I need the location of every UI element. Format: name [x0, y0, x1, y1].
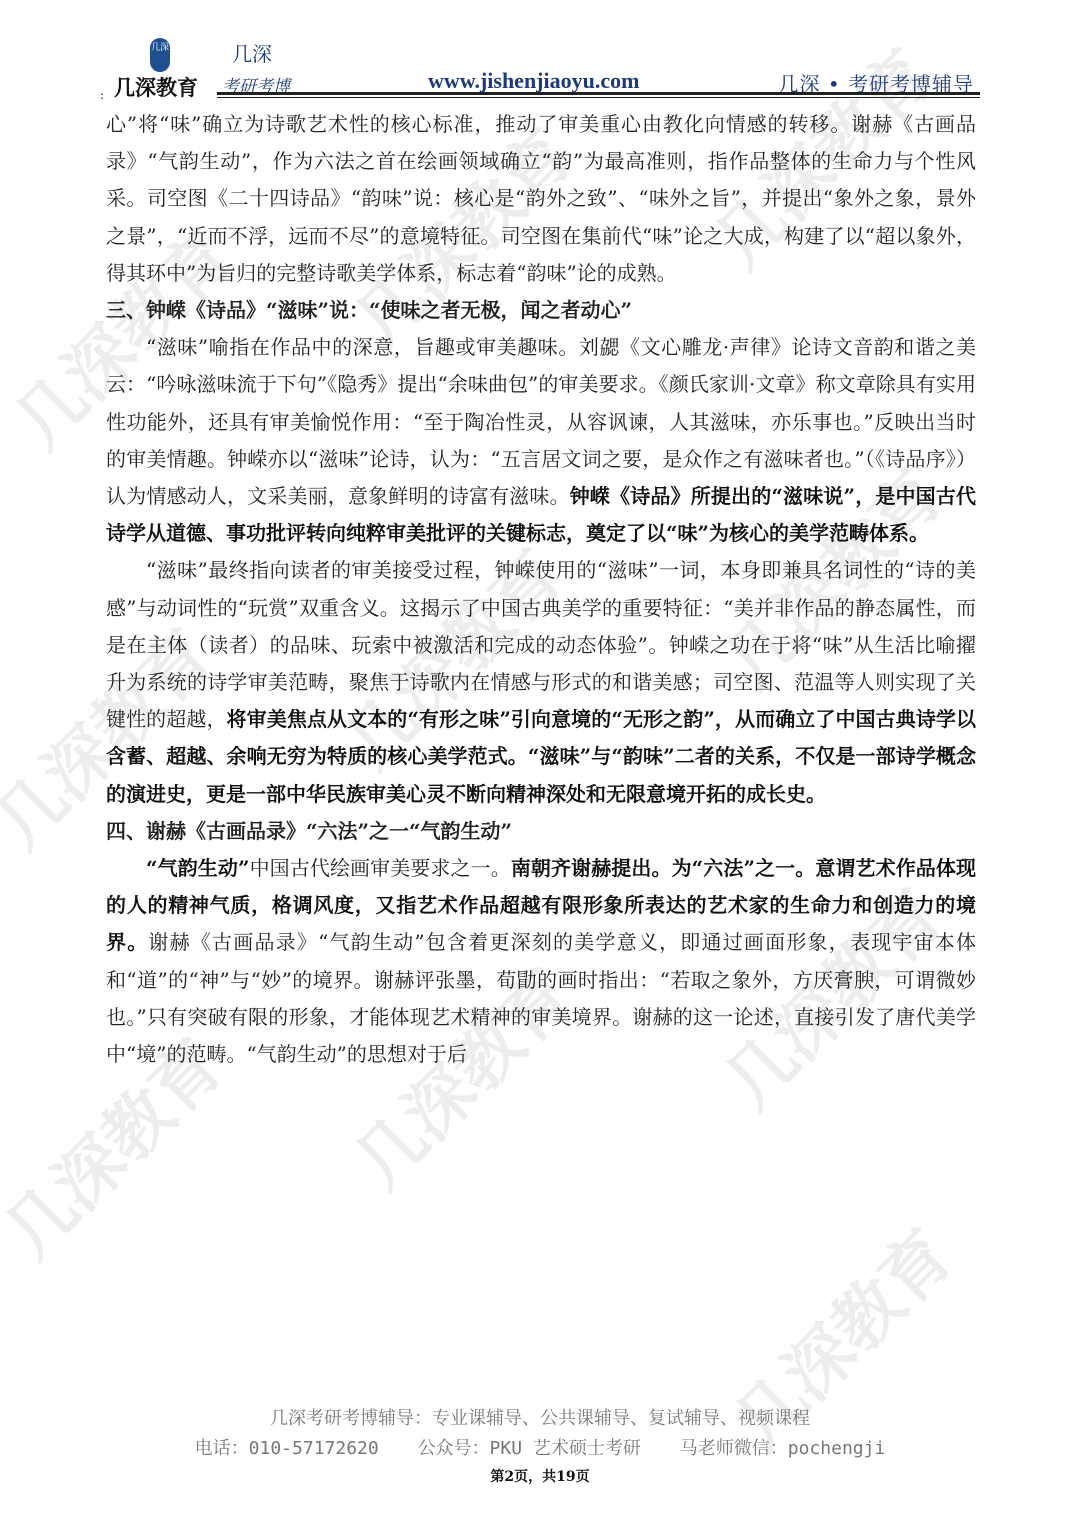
- footer-account: 公众号：PKU 艺术硕士考研: [418, 1438, 641, 1459]
- website-url[interactable]: www.jishenjiaoyu.com: [428, 68, 639, 94]
- watermark-logo-icon: [0, 805, 30, 869]
- watermark-logo-icon: [0, 1215, 40, 1279]
- paragraph: 心”将“味”确立为诗歌艺术性的核心标准，推动了审美重心由教化向情感的转移。谢赫《…: [106, 106, 976, 292]
- watermark-logo-icon: [326, 1145, 390, 1209]
- page-number: 第2页，共19页: [0, 1466, 1080, 1488]
- brand-name: 几深教育: [114, 72, 198, 102]
- footer-phone: 电话：010-57172620: [195, 1438, 379, 1459]
- footer-services: 几深考研考博辅导：专业课辅导、公共课辅导、复试辅导、视频课程: [0, 1404, 1080, 1434]
- section-heading: 三、钟嵘《诗品》“滋味”说：“使味之者无极，闻之者动心”: [106, 292, 976, 329]
- page-header: 几深 几深教育 几深 考研考博 www.jishenjiaoyu.com 几深 …: [100, 30, 980, 105]
- header-mark: :: [100, 88, 104, 102]
- paragraph: “滋味”最终指向读者的审美接受过程，钟嵘使用的“滋味”一词，本身即兼具名词性的“…: [106, 552, 976, 812]
- emphasis: 将审美焦点从文本的“有形之味”引向意境的“无形之韵”，从而确立了中国古典诗学以含…: [106, 707, 976, 805]
- section-heading: 四、谢赫《古画品录》“六法”之一“气韵生动”: [106, 813, 976, 850]
- footer-contact: 电话：010-57172620 公众号：PKU 艺术硕士考研 马老师微信：poc…: [0, 1434, 1080, 1464]
- brand-subtitle: 几深: [232, 38, 272, 67]
- brand-logo-icon: 几深: [150, 38, 170, 72]
- page-footer: 几深考研考博辅导：专业课辅导、公共课辅导、复试辅导、视频课程 电话：010-57…: [0, 1404, 1080, 1488]
- paragraph: “气韵生动”中国古代绘画审美要求之一。南朝齐谢赫提出。为“六法”之一。意谓艺术作…: [106, 850, 976, 1073]
- footer-wechat: 马老师微信：pochengji: [680, 1438, 886, 1459]
- header-rule-thick: [217, 92, 980, 95]
- header-rule-thin: [217, 97, 980, 98]
- paragraph: “滋味”喻指在作品中的深意，旨趣或审美趣味。刘勰《文心雕龙·声律》论诗文音韵和谐…: [106, 329, 976, 552]
- emphasis: “气韵生动”: [146, 856, 249, 880]
- document-body: 心”将“味”确立为诗歌艺术性的核心标准，推动了审美重心由教化向情感的转移。谢赫《…: [106, 106, 976, 1073]
- watermark-logo-icon: [696, 1065, 760, 1129]
- watermark-logo-icon: [0, 405, 50, 469]
